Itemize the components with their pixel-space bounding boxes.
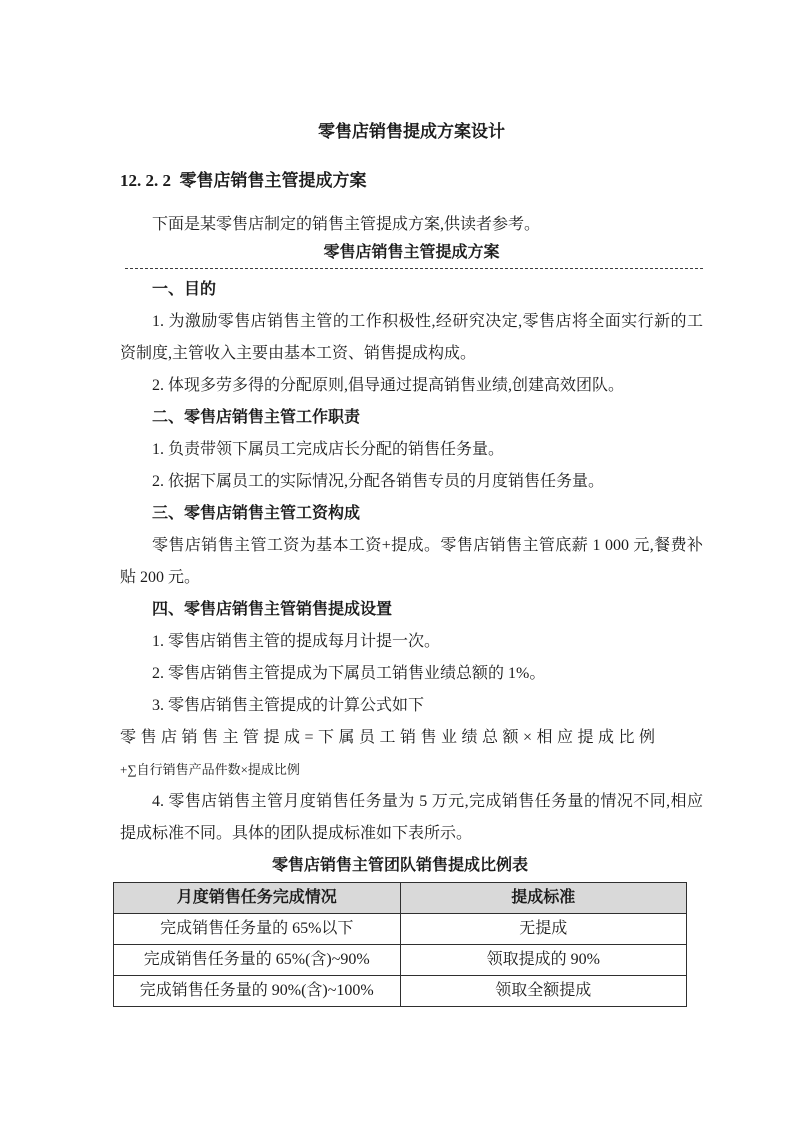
duties-item-2: 2. 依据下属员工的实际情况,分配各销售专员的月度销售任务量。 [120,466,703,498]
table-cell-completion: 完成销售任务量的 90%(含)~100% [114,976,401,1007]
table-cell-completion: 完成销售任务量的 65%以下 [114,914,401,945]
table-header-standard: 提成标准 [400,883,687,914]
table-cell-standard: 领取提成的 90% [400,945,687,976]
salary-structure-paragraph: 零售店销售主管工资为基本工资+提成。零售店销售主管底薪 1 000 元,餐费补贴… [120,530,703,594]
duties-item-1: 1. 负责带领下属员工完成店长分配的销售任务量。 [120,434,703,466]
table-row: 完成销售任务量的 90%(含)~100% 领取全额提成 [114,976,687,1007]
table-header-completion: 月度销售任务完成情况 [114,883,401,914]
table-row: 完成销售任务量的 65%(含)~90% 领取提成的 90% [114,945,687,976]
commission-item-3: 3. 零售店销售主管提成的计算公式如下 [120,690,703,722]
heading-commission-settings: 四、零售店销售主管销售提成设置 [120,594,703,626]
table-header-row: 月度销售任务完成情况 提成标准 [114,883,687,914]
commission-item-2: 2. 零售店销售主管提成为下属员工销售业绩总额的 1%。 [120,658,703,690]
commission-table: 月度销售任务完成情况 提成标准 完成销售任务量的 65%以下 无提成 完成销售任… [113,882,687,1007]
commission-item-4: 4. 零售店销售主管月度销售任务量为 5 万元,完成销售任务量的情况不同,相应提… [120,786,703,850]
commission-formula-line-1: 零售店销售主管提成=下属员工销售业绩总额×相应提成比例 [120,722,703,754]
heading-purpose: 一、目的 [120,274,703,306]
intro-paragraph: 下面是某零售店制定的销售主管提成方案,供读者参考。 [120,209,703,241]
table-cell-standard: 无提成 [400,914,687,945]
heading-salary-structure: 三、零售店销售主管工资构成 [120,498,703,530]
heading-duties: 二、零售店销售主管工作职责 [120,402,703,434]
dashed-divider [125,268,703,269]
doc-title: 零售店销售提成方案设计 [120,122,703,142]
table-cell-completion: 完成销售任务量的 65%(含)~90% [114,945,401,976]
commission-table-block: 零售店销售主管团队销售提成比例表 月度销售任务完成情况 提成标准 完成销售任务量… [113,850,687,1007]
purpose-item-1: 1. 为激励零售店销售主管的工作积极性,经研究决定,零售店将全面实行新的工资制度… [120,306,703,370]
commission-item-1: 1. 零售店销售主管的提成每月计提一次。 [120,626,703,658]
table-cell-standard: 领取全额提成 [400,976,687,1007]
document-page: 零售店销售提成方案设计 12. 2. 2 零售店销售主管提成方案 下面是某零售店… [0,0,800,1131]
commission-formula-line-2: +∑自行销售产品件数×提成比例 [120,754,703,786]
commission-table-title: 零售店销售主管团队销售提成比例表 [113,850,687,882]
table-row: 完成销售任务量的 65%以下 无提成 [114,914,687,945]
section-number-heading: 12. 2. 2 零售店销售主管提成方案 [120,170,703,192]
purpose-item-2: 2. 体现多劳多得的分配原则,倡导通过提高销售业绩,创建高效团队。 [120,370,703,402]
plan-title: 零售店销售主管提成方案 [120,241,703,265]
